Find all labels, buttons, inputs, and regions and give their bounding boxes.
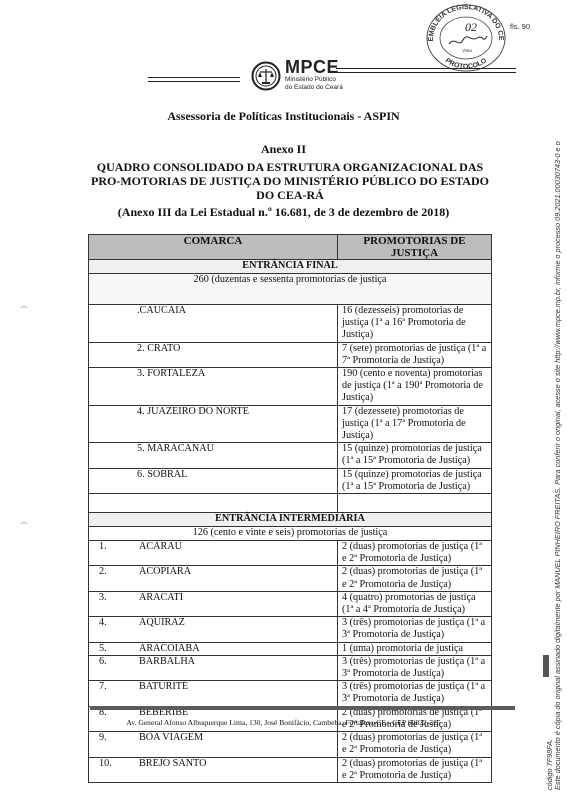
promotorias-cell: 16 (dezesseis) promotorias de justiça (1… <box>338 305 492 343</box>
comarca-cell: 5.ARACOIABA <box>89 642 338 655</box>
comarca-cell: 4. JUAZEIRO DO NORTE <box>89 405 338 443</box>
comarca-cell: .CAUCAIA <box>89 305 338 343</box>
comarca-name: AQUIRAZ <box>139 617 185 628</box>
table-row: 5. MARACANAÚ15 (quinze) promotorias de j… <box>89 443 492 468</box>
digital-signature-note: Este documento é cópia do original assin… <box>553 141 562 790</box>
table-row: 7.BATURITÉ3 (três) promotorias de justiç… <box>89 681 492 706</box>
row-number: 9. <box>93 732 139 744</box>
comarca-cell: 3. FORTALEZA <box>89 368 338 406</box>
comarca-name: BREJO SANTO <box>139 758 206 769</box>
logo-subtitle-1: Ministério Público <box>285 76 343 84</box>
table-row: 9.BOA VIAGEM2 (duas) promotorias de just… <box>89 732 492 757</box>
promotorias-cell: 2 (duas) promotorias de justiça (1ª e 2ª… <box>338 732 492 757</box>
table-row: .CAUCAIA16 (dezesseis) promotorias de ju… <box>89 305 492 343</box>
table-row: 6. SOBRAL15 (quinze) promotorias de just… <box>89 468 492 493</box>
logo-rule-left <box>148 77 240 82</box>
section-count-row: 126 (cento e vinte e seis) promotorias d… <box>89 527 492 541</box>
table-row: 3.ARACATI4 (quatro) promotorias de justi… <box>89 591 492 616</box>
logo: MPCE Ministério Público do Estado do Cea… <box>285 58 343 91</box>
row-number: 2. <box>93 566 139 578</box>
comarca-cell: 3.ARACATI <box>89 591 338 616</box>
footer-address: Av. General Afonso Albuquerque Lima, 130… <box>0 718 567 727</box>
comarca-cell: 9.BOA VIAGEM <box>89 732 338 757</box>
row-number: 5. <box>93 643 139 655</box>
footer-rule <box>90 706 515 710</box>
promotorias-cell: 3 (três) promotorias de justiça (1ª a 3ª… <box>338 617 492 642</box>
table-row: 2. CRATO7 (sete) promotorias de justiça … <box>89 342 492 367</box>
table-row: 5.ARACOIABA1 (uma) promotoria de justiça <box>89 642 492 655</box>
comarca-name: ARACOIABA <box>139 643 200 654</box>
promotorias-cell: 2 (duas) promotorias de justiça (1ª e 2ª… <box>338 541 492 566</box>
promotorias-cell: 3 (três) promotorias de justiça (1ª a 3ª… <box>338 655 492 680</box>
scan-mark <box>20 306 28 311</box>
section-title: ENTRÂNCIA FINAL <box>89 260 492 274</box>
comarca-cell: 2. CRATO <box>89 342 338 367</box>
empty-cell <box>89 494 338 513</box>
comarca-cell: 6.BARBALHA <box>89 655 338 680</box>
svg-text:02: 02 <box>465 20 477 34</box>
table-row: 4. JUAZEIRO DO NORTE17 (dezessete) promo… <box>89 405 492 443</box>
section-count-row: 260 (duzentas e sessenta promotorias de … <box>89 274 492 305</box>
row-number: 10. <box>93 758 139 770</box>
table-row: 2.ACOPIARA2 (duas) promotorias de justiç… <box>89 566 492 591</box>
scan-mark <box>20 522 28 527</box>
annex-label: Anexo II <box>0 142 567 157</box>
row-number: 4. <box>93 617 139 629</box>
table-row: 1.ACARAÚ2 (duas) promotorias de justiça … <box>89 541 492 566</box>
comarca-name: ACARAÚ <box>139 541 182 552</box>
table-header-row: COMARCA PROMOTORIAS DE JUSTIÇA <box>89 235 492 260</box>
signature-mark <box>543 655 549 677</box>
comarca-cell: 10.BREJO SANTO <box>89 757 338 782</box>
promotorias-cell: 7 (sete) promotorias de justiça (1ª a 7ª… <box>338 342 492 367</box>
logo-subtitle-2: do Estado do Ceará <box>285 84 343 92</box>
comarca-name: BARBALHA <box>139 656 195 667</box>
table-row: 3. FORTALEZA190 (cento e noventa) promot… <box>89 368 492 406</box>
svg-text:Visto: Visto <box>462 48 472 53</box>
table-row: 4.AQUIRAZ3 (três) promotorias de justiça… <box>89 617 492 642</box>
row-number: 6. <box>93 656 139 668</box>
comarca-name: BATURITÉ <box>139 681 188 692</box>
promotorias-cell: 1 (uma) promotoria de justiça <box>338 642 492 655</box>
comarca-cell: 7.BATURITÉ <box>89 681 338 706</box>
row-number: 3. <box>93 592 139 604</box>
comarca-cell: 6. SOBRAL <box>89 468 338 493</box>
document-title: QUADRO CONSOLIDADO DA ESTRUTURA ORGANIZA… <box>90 160 490 202</box>
section-title: ENTRÂNCIA INTERMEDIÁRIA <box>89 513 492 527</box>
header-comarca: COMARCA <box>89 235 338 260</box>
promotorias-cell: 4 (quatro) promotorias de justiça (1ª a … <box>338 591 492 616</box>
document-subtitle: (Anexo III da Lei Estadual n.º 16.681, d… <box>0 205 567 220</box>
header-promotorias: PROMOTORIAS DE JUSTIÇA <box>338 235 492 260</box>
promotorias-cell: 15 (quinze) promotorias de justiça (1ª a… <box>338 468 492 493</box>
comarca-name: BOA VIAGEM <box>139 732 203 743</box>
section-entrancia-final: ENTRÂNCIA FINAL 260 (duzentas e sessenta… <box>89 260 492 513</box>
comarca-cell: 1.ACARAÚ <box>89 541 338 566</box>
page-number: fls. 90 <box>510 22 530 31</box>
section-count: 260 (duzentas e sessenta promotorias de … <box>89 274 492 305</box>
comarca-name: ARACATI <box>139 592 183 603</box>
promotorias-cell: 190 (cento e noventa) promotorias de jus… <box>338 368 492 406</box>
protocol-stamp: ASSEMBLEIA LEGISLATIVA DO CEARÁ PROTOCOL… <box>425 2 507 72</box>
comarca-name: ACOPIARA <box>139 566 191 577</box>
table-row: 6.BARBALHA3 (três) promotorias de justiç… <box>89 655 492 680</box>
promotorias-cell: 17 (dezessete) promotorias de justiça (1… <box>338 405 492 443</box>
row-number: 7. <box>93 681 139 693</box>
verification-code: código 7F98FA. <box>545 739 554 790</box>
promotorias-cell: 2 (duas) promotorias de justiça (1ª e 2ª… <box>338 757 492 782</box>
comarca-cell: 5. MARACANAÚ <box>89 443 338 468</box>
promotorias-cell: 2 (duas) promotorias de justiça (1ª e 2ª… <box>338 566 492 591</box>
section-entrancia-intermediaria: ENTRÂNCIA INTERMEDIÁRIA 126 (cento e vin… <box>89 513 492 783</box>
section-title-row: ENTRÂNCIA FINAL <box>89 260 492 274</box>
row-number: 1. <box>93 541 139 553</box>
comarca-cell: 4.AQUIRAZ <box>89 617 338 642</box>
logo-rule-right <box>336 68 516 73</box>
table-row: 10.BREJO SANTO2 (duas) promotorias de ju… <box>89 757 492 782</box>
empty-cell <box>338 494 492 513</box>
promotorias-table: COMARCA PROMOTORIAS DE JUSTIÇA ENTRÂNCIA… <box>88 234 492 783</box>
section-title-row: ENTRÂNCIA INTERMEDIÁRIA <box>89 513 492 527</box>
mpce-emblem-icon <box>251 61 281 91</box>
comarca-cell: 2.ACOPIARA <box>89 566 338 591</box>
logo-title: MPCE <box>285 58 343 76</box>
section-count: 126 (cento e vinte e seis) promotorias d… <box>89 527 492 541</box>
department-heading: Assessoria de Políticas Institucionais -… <box>0 109 567 124</box>
spacer-row <box>89 494 492 513</box>
promotorias-cell: 3 (três) promotorias de justiça (1ª a 3ª… <box>338 681 492 706</box>
promotorias-cell: 15 (quinze) promotorias de justiça (1ª a… <box>338 443 492 468</box>
